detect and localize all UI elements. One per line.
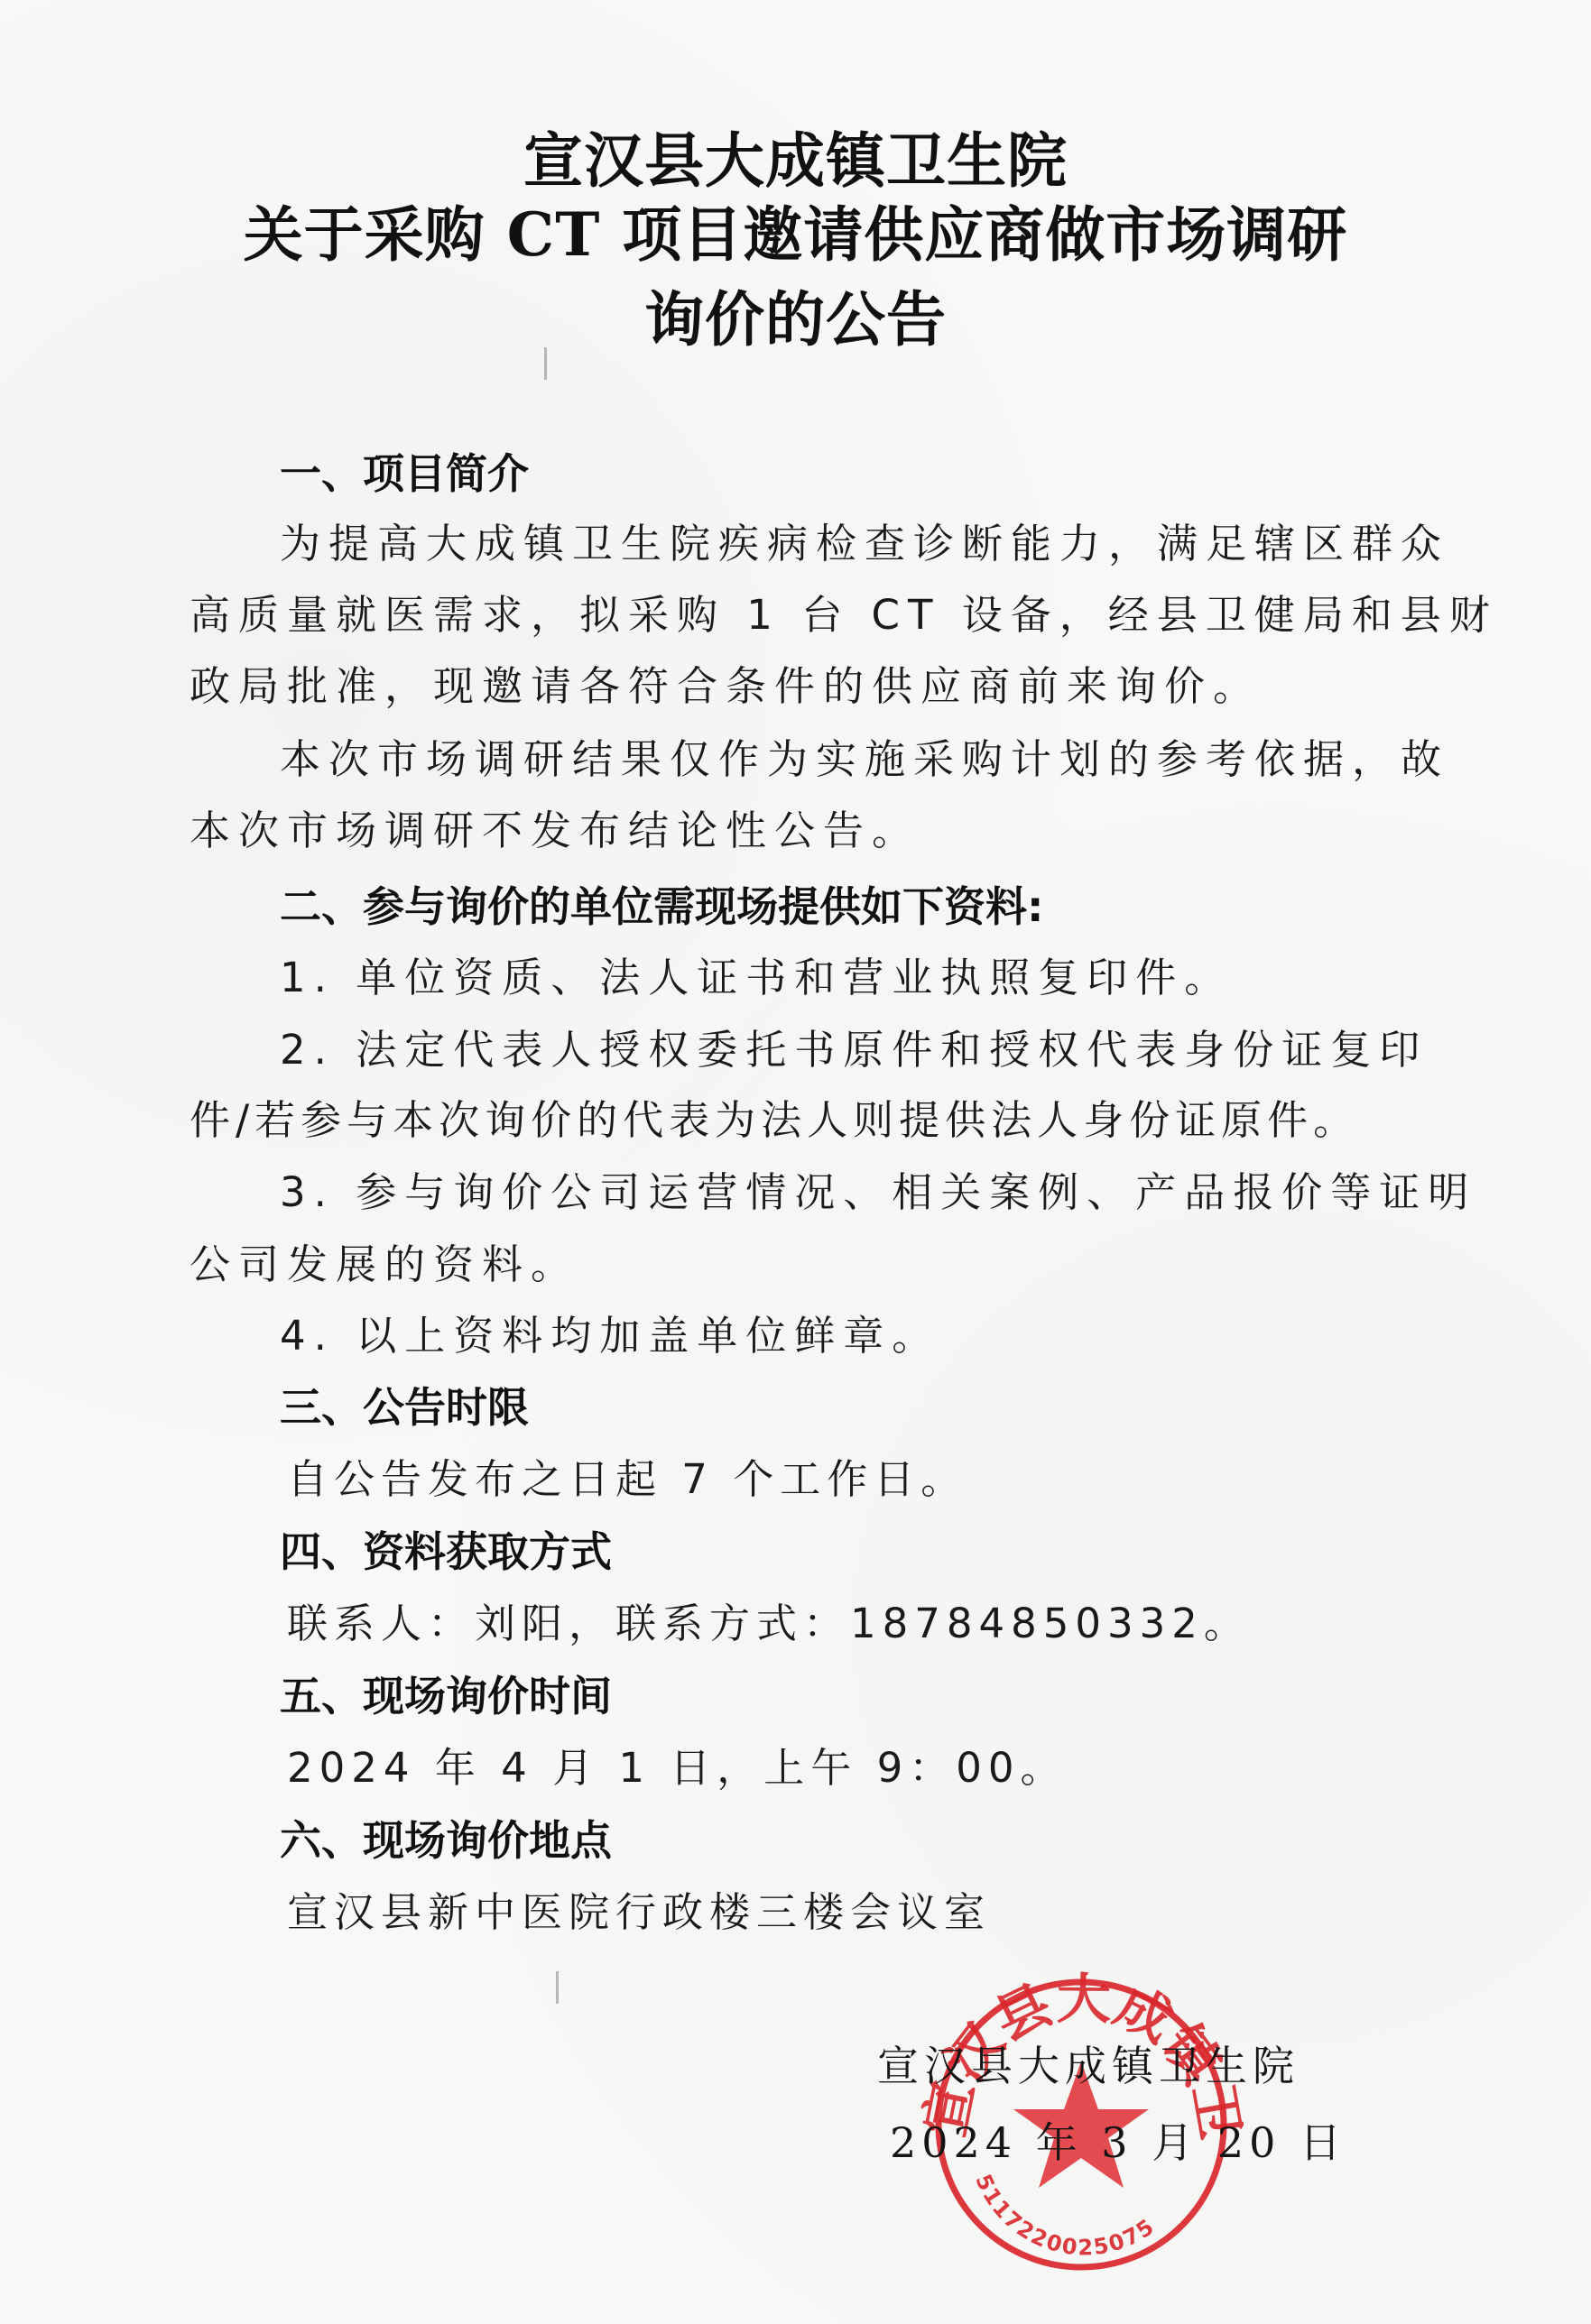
list-item: 3. 参与询价公司运营情况、相关案例、产品报价等证明 — [280, 1166, 1476, 1220]
document-page: 宣汉县大成镇卫生院 关于采购 CT 项目邀请供应商做市场调研 询价的公告 一、项… — [0, 0, 1591, 2324]
contact-info: 联系人：刘阳，联系方式：18784850332。 — [287, 1597, 1251, 1651]
paragraph: 本次市场调研不发布结论性公告。 — [190, 804, 920, 858]
title-line-1: 宣汉县大成镇卫生院 — [0, 126, 1591, 195]
inquiry-location: 宣汉县新中医院行政楼三楼会议室 — [287, 1886, 991, 1940]
paragraph: 自公告发布之日起 7 个工作日。 — [287, 1452, 967, 1507]
list-item-continuation: 公司发展的资料。 — [190, 1238, 579, 1292]
list-item: 4. 以上资料均加盖单位鲜章。 — [280, 1309, 940, 1363]
section-heading-6: 六、现场询价地点 — [280, 1813, 612, 1867]
scan-mark — [544, 347, 547, 380]
list-item: 2. 法定代表人授权委托书原件和授权代表身份证复印 — [280, 1023, 1428, 1077]
paragraph: 为提高大成镇卫生院疾病检查诊断能力，满足辖区群众 — [280, 517, 1449, 571]
title-line-3: 询价的公告 — [0, 285, 1591, 354]
section-heading-3: 三、公告时限 — [280, 1380, 529, 1434]
paragraph: 政局批准，现邀请各符合条件的供应商前来询价。 — [190, 659, 1262, 714]
section-heading-2: 二、参与询价的单位需现场提供如下资料: — [280, 880, 1043, 934]
signature-organization: 宣汉县大成镇卫生院 — [877, 2039, 1300, 2093]
title-line-2: 关于采购 CT 项目邀请供应商做市场调研 — [0, 200, 1591, 269]
list-item: 1. 单位资质、法人证书和营业执照复印件。 — [280, 951, 1233, 1005]
section-heading-1: 一、项目简介 — [280, 447, 529, 501]
signature-date: 2024 年 3 月 20 日 — [890, 2116, 1346, 2170]
paragraph: 本次市场调研结果仅作为实施采购计划的参考依据，故 — [280, 733, 1449, 787]
inquiry-time: 2024 年 4 月 1 日，上午 9：00。 — [287, 1741, 1068, 1795]
paragraph: 高质量就医需求，拟采购 1 台 CT 设备，经县卫健局和县财 — [190, 588, 1498, 642]
section-heading-4: 四、资料获取方式 — [280, 1525, 612, 1579]
scan-mark — [556, 1971, 559, 2004]
section-heading-5: 五、现场询价时间 — [280, 1669, 612, 1723]
list-item-continuation: 件/若参与本次询价的代表为法人则提供法人身份证原件。 — [190, 1093, 1359, 1148]
svg-text:5117220025075: 5117220025075 — [970, 2171, 1160, 2261]
